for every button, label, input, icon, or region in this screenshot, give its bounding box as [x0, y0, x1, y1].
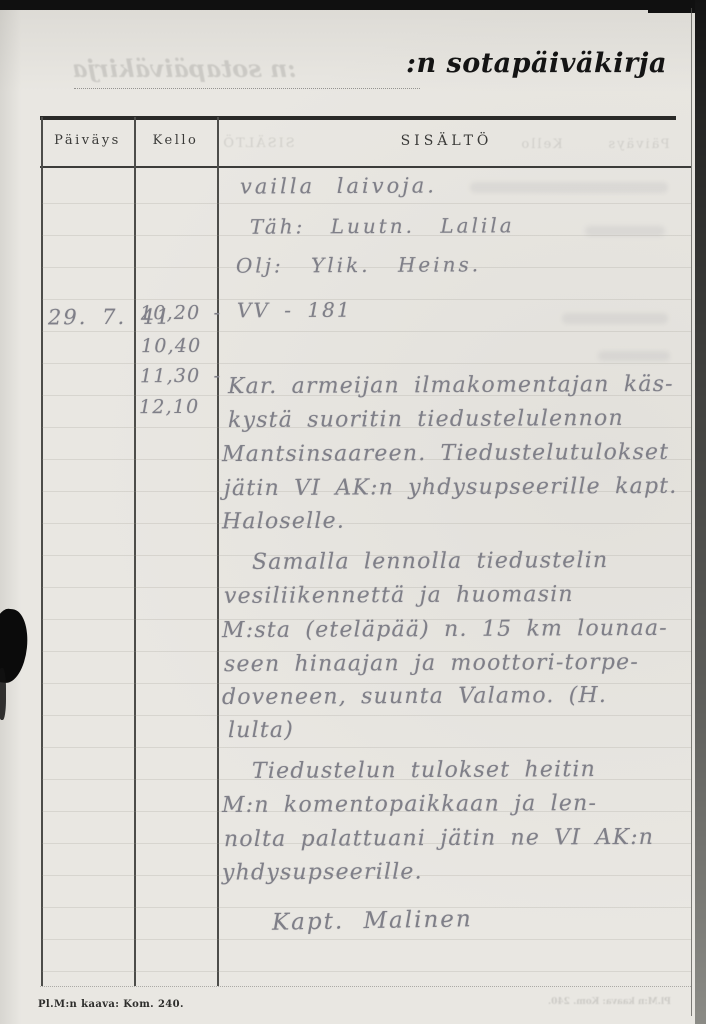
handwriting-line: Samalla lennolla tiedustelin: [252, 550, 608, 574]
handwriting-line: seen hinaajan ja moottori-torpe-: [224, 652, 639, 676]
handwriting-line: Täh: Luutn. Lalila: [250, 215, 515, 236]
handwriting-line: vesiliikennettä ja huomasin: [224, 584, 574, 608]
handwriting-line: jätin VI AK:n yhdysupseerille kapt.: [224, 476, 678, 500]
bleed-through-mark: [470, 182, 668, 193]
entry-time: 10,40: [141, 337, 202, 356]
column-divider-time-content: [217, 117, 219, 986]
page-edge-crease: [691, 8, 692, 1016]
handwriting-line: M:n komentopaikkaan ja len-: [222, 793, 597, 817]
handwriting-line: lulta): [228, 720, 294, 742]
handwriting-line: Haloselle.: [222, 511, 345, 534]
handwriting-line: Olj: Ylik. Heins.: [236, 254, 481, 275]
column-header-content: SISÄLTÖ: [217, 133, 676, 149]
page-title: :n sotapäiväkirja: [406, 48, 667, 80]
table-left-border: [41, 117, 43, 986]
handwriting-line: doveneen, suunta Valamo. (H.: [222, 685, 607, 709]
column-divider-date-time: [134, 117, 136, 986]
war-diary-scan: :n sotapäiväkirja SISÄLTÖ Kello Päiväys …: [0, 0, 706, 1024]
form-code: Pl.M:n kaava: Kom. 240.: [38, 999, 184, 1010]
entry-time: 10,20 -: [140, 304, 221, 323]
entry-reference: VV - 181: [237, 300, 352, 321]
bleed-through-mark: [562, 313, 668, 324]
handwriting-line: Kar. armeijan ilmakomentajan käs-: [228, 374, 674, 398]
scan-edge-top: [0, 0, 706, 10]
column-header-time: Kello: [134, 133, 217, 148]
handwriting-line: Tiedustelun tulokset heitin: [252, 759, 596, 783]
entry-time: 12,10: [139, 398, 200, 417]
column-header-date: Päiväys: [41, 133, 134, 148]
bleed-through-footer: Pl.M:n kaava: Kom. 240.: [548, 997, 671, 1007]
entry-signature: Kapt. Malinen: [272, 908, 473, 934]
table-bottom-border: [40, 986, 691, 988]
table-header-separator: [40, 166, 691, 168]
title-fill-line: [74, 76, 420, 89]
scan-edge-right: [695, 0, 706, 1024]
bleed-through-mark: [598, 351, 670, 361]
handwriting-line: yhdysupseerille.: [222, 861, 423, 884]
handwriting-line: M:sta (eteläpää) n. 15 km lounaa-: [222, 618, 668, 642]
bleed-through-mark: [585, 226, 665, 236]
handwriting-line: vailla laivoja.: [240, 175, 437, 197]
binding-mark-tail: [0, 668, 6, 720]
handwriting-line: nolta palattuani jätin ne VI AK:n: [224, 827, 654, 851]
entry-time: 11,30 -: [140, 367, 221, 386]
handwriting-line: kystä suoritin tiedustelulennon: [228, 408, 624, 432]
handwriting-line: Mantsinsaareen. Tiedustelutulokset: [222, 442, 669, 466]
